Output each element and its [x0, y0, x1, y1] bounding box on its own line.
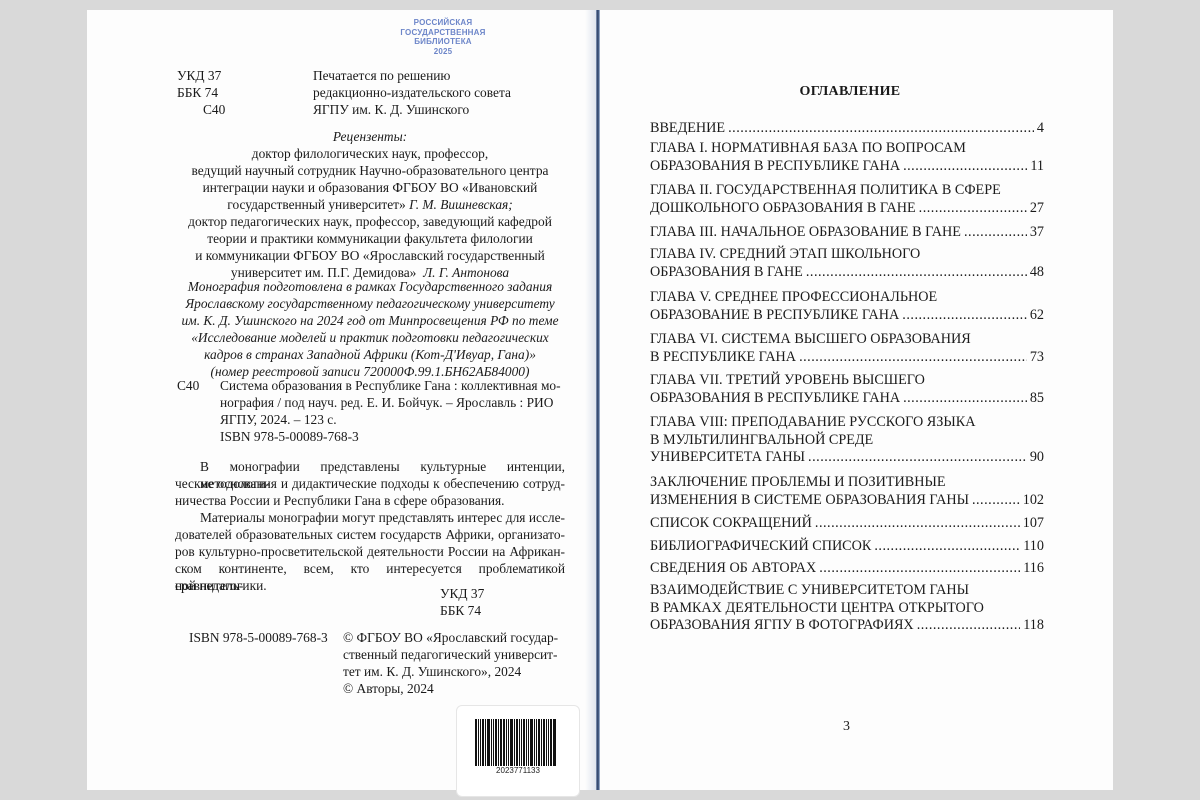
barcode-bar [523, 719, 525, 766]
barcode-bar [500, 719, 502, 766]
toc-entry[interactable]: ГЛАВА VII. ТРЕТИЙ УРОВЕНЬ ВЫСШЕГООБРАЗОВ… [650, 372, 1044, 407]
toc-page-number: 116 [1023, 560, 1044, 578]
toc-entry-title-line: ДОШКОЛЬНОГО ОБРАЗОВАНИЯ В ГАНЕ [650, 200, 916, 218]
toc-entry-row: ОБРАЗОВАНИЯ В ГАНЕ48 [650, 264, 1044, 282]
publishing-note-line: редакционно-издательского совета [313, 85, 511, 102]
toc-page-number: 102 [1023, 492, 1044, 510]
abstract-line: ров культурно-просветительской деятельно… [175, 544, 565, 561]
catalog-code: С40 [177, 378, 199, 395]
publishing-note-line: ЯГПУ им. К. Д. Ушинского [313, 102, 469, 119]
toc-entry-title-line: ВЗАИМОДЕЙСТВИЕ С УНИВЕРСИТЕТОМ ГАНЫ [650, 582, 1044, 600]
reviewer-line: государственный университет» Г. М. Вишне… [160, 197, 580, 214]
toc-entry-title-line: СПИСОК СОКРАЩЕНИЙ [650, 515, 812, 533]
toc-entry[interactable]: ЗАКЛЮЧЕНИЕ ПРОБЛЕМЫ И ПОЗИТИВНЫЕИЗМЕНЕНИ… [650, 474, 1044, 509]
bbk-code: ББК 74 [440, 603, 481, 620]
barcode-bar [543, 719, 545, 766]
toc-entry-title-line: В РЕСПУБЛИКЕ ГАНА [650, 349, 796, 367]
toc-leader-dots [728, 120, 1034, 138]
barcode-sticker: 2023771133 [456, 705, 580, 797]
toc-entry-title-line: ГЛАВА VIII: ПРЕПОДАВАНИЕ РУССКОГО ЯЗЫКА [650, 414, 1044, 432]
toc-entry-title-line: ОБРАЗОВАНИЯ В РЕСПУБЛИКЕ ГАНА [650, 158, 900, 176]
toc-entry-title-line: ВВЕДЕНИЕ [650, 120, 725, 138]
reviewer-line: и коммуникации ФГБОУ ВО «Ярославский гос… [160, 248, 580, 265]
reviewer-line: ведущий научный сотрудник Научно-образов… [160, 163, 580, 180]
barcode-bar [534, 719, 535, 766]
toc-entry-title-line: ГЛАВА VII. ТРЕТИЙ УРОВЕНЬ ВЫСШЕГО [650, 372, 1044, 390]
toc-page-number: 73 [1030, 349, 1044, 367]
abstract-line: дователей образовательных систем государ… [175, 527, 565, 544]
toc-leader-dots [799, 349, 1027, 367]
barcode-bar [480, 719, 481, 766]
toc-entry[interactable]: СПИСОК СОКРАЩЕНИЙ107 [650, 515, 1044, 533]
grant-note-line: кадров в странах Западной Африки (Кот-Д'… [160, 347, 580, 364]
toc-leader-dots [964, 224, 1027, 242]
reviewer-line: теории и практики коммуникации факультет… [160, 231, 580, 248]
barcode-bar [487, 719, 490, 766]
toc-entry[interactable]: ГЛАВА I. НОРМАТИВНАЯ БАЗА ПО ВОПРОСАМОБР… [650, 140, 1044, 175]
toc-entry-row: СПИСОК СОКРАЩЕНИЙ107 [650, 515, 1044, 533]
catalog-isbn: ISBN 978-5-00089-768-3 [220, 429, 359, 446]
barcode-bar [521, 719, 522, 766]
catalog-line: ЯГПУ, 2024. – 123 с. [220, 412, 337, 429]
copyright-line: ственный педагогический университ- [343, 647, 558, 664]
toc-leader-dots [815, 515, 1020, 533]
barcode-bar [538, 719, 540, 766]
toc-page-number: 107 [1023, 515, 1044, 533]
barcode-bar [528, 719, 529, 766]
barcode-bar [519, 719, 520, 766]
toc-entry-title-line: В МУЛЬТИЛИНГВАЛЬНОЙ СРЕДЕ [650, 432, 1044, 450]
barcode-bar [514, 719, 515, 766]
toc-leader-dots [972, 492, 1020, 510]
reviewer-affiliation: университет им. П.Г. Демидова» [231, 265, 416, 280]
stamp-line: РОССИЙСКАЯ [398, 18, 488, 28]
toc-entry[interactable]: БИБЛИОГРАФИЧЕСКИЙ СПИСОК110 [650, 538, 1044, 556]
toc-page-number: 62 [1030, 307, 1044, 325]
toc-entry-title-line: ОБРАЗОВАНИЯ В ГАНЕ [650, 264, 803, 282]
catalog-line: нография / под науч. ред. Е. И. Бойчук. … [220, 395, 553, 412]
toc-entry[interactable]: ГЛАВА V. СРЕДНЕЕ ПРОФЕССИОНАЛЬНОЕОБРАЗОВ… [650, 289, 1044, 324]
toc-entry[interactable]: ВЗАИМОДЕЙСТВИЕ С УНИВЕРСИТЕТОМ ГАНЫВ РАМ… [650, 582, 1044, 635]
toc-leader-dots [903, 158, 1027, 176]
toc-entry-title-line: ЗАКЛЮЧЕНИЕ ПРОБЛЕМЫ И ПОЗИТИВНЫЕ [650, 474, 1044, 492]
barcode-bar [508, 719, 509, 766]
grant-note-line: Ярославскому государственному педагогиче… [160, 296, 580, 313]
reviewer-name: Г. М. Вишневская; [409, 197, 513, 212]
author-mark: С40 [203, 102, 225, 119]
toc-entry-title-line: СВЕДЕНИЯ ОБ АВТОРАХ [650, 560, 816, 578]
barcode-bar [553, 719, 556, 766]
toc-entry[interactable]: ГЛАВА VIII: ПРЕПОДАВАНИЕ РУССКОГО ЯЗЫКАВ… [650, 414, 1044, 467]
toc-entry-title-line: ГЛАВА I. НОРМАТИВНАЯ БАЗА ПО ВОПРОСАМ [650, 140, 1044, 158]
toc-entry-title-line: ОБРАЗОВАНИЯ В РЕСПУБЛИКЕ ГАНА [650, 390, 900, 408]
toc-entry[interactable]: СВЕДЕНИЯ ОБ АВТОРАХ116 [650, 560, 1044, 578]
abstract-line: ческие основания и дидактические подходы… [175, 476, 565, 493]
barcode-bar [503, 719, 505, 766]
toc-entry-title-line: ГЛАВА VI. СИСТЕМА ВЫСШЕГО ОБРАЗОВАНИЯ [650, 331, 1044, 349]
abstract-line: ной педагогики. [175, 578, 267, 595]
book-spine [596, 10, 600, 790]
toc-entry-title-line: ГЛАВА V. СРЕДНЕЕ ПРОФЕССИОНАЛЬНОЕ [650, 289, 1044, 307]
barcode-bar [510, 719, 513, 766]
barcode-bar [536, 719, 537, 766]
catalog-line: Система образования в Республике Гана : … [220, 378, 561, 395]
barcode-bar [516, 719, 518, 766]
toc-page-number: 118 [1023, 617, 1044, 635]
toc-entry-row: ОБРАЗОВАНИЕ В РЕСПУБЛИКЕ ГАНА62 [650, 307, 1044, 325]
grant-note-line: Монография подготовлена в рамках Государ… [160, 279, 580, 296]
toc-entry-title-line: ГЛАВА III. НАЧАЛЬНОЕ ОБРАЗОВАНИЕ В ГАНЕ [650, 224, 961, 242]
toc-entry-row: ГЛАВА III. НАЧАЛЬНОЕ ОБРАЗОВАНИЕ В ГАНЕ3… [650, 224, 1044, 242]
barcode-bar [493, 719, 494, 766]
barcode-bar [498, 719, 499, 766]
toc-entry-row: СВЕДЕНИЯ ОБ АВТОРАХ116 [650, 560, 1044, 578]
toc-entry-title-line: В РАМКАХ ДЕЯТЕЛЬНОСТИ ЦЕНТРА ОТКРЫТОГО [650, 600, 1044, 618]
copyright-line: тет им. К. Д. Ушинского», 2024 [343, 664, 521, 681]
barcode-bar [546, 719, 547, 766]
barcode-bar [530, 719, 533, 766]
toc-entry[interactable]: ГЛАВА III. НАЧАЛЬНОЕ ОБРАЗОВАНИЕ В ГАНЕ3… [650, 224, 1044, 242]
barcode-bar [526, 719, 527, 766]
udc-code: УКД 37 [440, 586, 484, 603]
toc-page-number: 4 [1037, 120, 1044, 138]
barcode-bar [495, 719, 497, 766]
barcode-bar [485, 719, 486, 766]
toc-entry-row: ОБРАЗОВАНИЯ ЯГПУ В ФОТОГРАФИЯХ118 [650, 617, 1044, 635]
toc-entry-title-line: ИЗМЕНЕНИЯ В СИСТЕМЕ ОБРАЗОВАНИЯ ГАНЫ [650, 492, 969, 510]
publishing-note-line: Печатается по решению [313, 68, 450, 85]
stamp-line: 2025 [398, 47, 488, 57]
toc-entry-row: ВВЕДЕНИЕ4 [650, 120, 1044, 138]
toc-entry-row: ИЗМЕНЕНИЯ В СИСТЕМЕ ОБРАЗОВАНИЯ ГАНЫ102 [650, 492, 1044, 510]
toc-entry[interactable]: ГЛАВА II. ГОСУДАРСТВЕННАЯ ПОЛИТИКА В СФЕ… [650, 182, 1044, 217]
barcode-bar [541, 719, 542, 766]
toc-leader-dots [902, 307, 1027, 325]
toc-entry-title-line: БИБЛИОГРАФИЧЕСКИЙ СПИСОК [650, 538, 871, 556]
page-number: 3 [843, 719, 850, 735]
toc-page-number: 48 [1030, 264, 1044, 282]
barcode-bar [475, 719, 477, 766]
toc-leader-dots [808, 449, 1027, 467]
toc-leader-dots [919, 200, 1027, 218]
barcode-bar [491, 719, 492, 766]
toc-page-number: 110 [1023, 538, 1044, 556]
toc-entry[interactable]: ГЛАВА IV. СРЕДНИЙ ЭТАП ШКОЛЬНОГООБРАЗОВА… [650, 246, 1044, 281]
barcode-bar [506, 719, 507, 766]
reviewer-affiliation: государственный университет» [227, 197, 405, 212]
abstract-line: Материалы монографии могут представлять … [200, 510, 565, 527]
toc-entry[interactable]: ВВЕДЕНИЕ4 [650, 120, 1044, 138]
toc-page-number: 37 [1030, 224, 1044, 242]
toc-title: ОГЛАВЛЕНИЕ [640, 84, 1060, 100]
toc-entry[interactable]: ГЛАВА VI. СИСТЕМА ВЫСШЕГО ОБРАЗОВАНИЯВ Р… [650, 331, 1044, 366]
barcode-bar [478, 719, 479, 766]
toc-entry-title-line: УНИВЕРСИТЕТА ГАНЫ [650, 449, 805, 467]
toc-entry-title-line: ОБРАЗОВАНИЯ ЯГПУ В ФОТОГРАФИЯХ [650, 617, 914, 635]
toc-entry-title-line: ГЛАВА IV. СРЕДНИЙ ЭТАП ШКОЛЬНОГО [650, 246, 1044, 264]
grant-note-line: им. К. Д. Ушинского на 2024 год от Минпр… [160, 313, 580, 330]
toc-leader-dots [917, 617, 1021, 635]
library-stamp: РОССИЙСКАЯ ГОСУДАРСТВЕННАЯ БИБЛИОТЕКА 20… [398, 18, 488, 56]
toc-entry-row: ДОШКОЛЬНОГО ОБРАЗОВАНИЯ В ГАНЕ27 [650, 200, 1044, 218]
toc-entry-row: УНИВЕРСИТЕТА ГАНЫ90 [650, 449, 1044, 467]
copyright-line: © ФГБОУ ВО «Ярославский государ- [343, 630, 558, 647]
toc-leader-dots [806, 264, 1027, 282]
reviewer-line: интеграции науки и образования ФГБОУ ВО … [160, 180, 580, 197]
toc-entry-title-line: ОБРАЗОВАНИЕ В РЕСПУБЛИКЕ ГАНА [650, 307, 899, 325]
barcode-bar [482, 719, 484, 766]
stamp-line: БИБЛИОТЕКА [398, 37, 488, 47]
isbn: ISBN 978-5-00089-768-3 [189, 630, 328, 647]
toc-entry-title-line: ГЛАВА II. ГОСУДАРСТВЕННАЯ ПОЛИТИКА В СФЕ… [650, 182, 1044, 200]
reviewers-heading: Рецензенты: [160, 129, 580, 146]
toc-entry-row: В РЕСПУБЛИКЕ ГАНА73 [650, 349, 1044, 367]
barcode-bar [550, 719, 552, 766]
spine-shadow [585, 10, 596, 790]
udc-code: УКД 37 [177, 68, 221, 85]
barcode [475, 719, 565, 766]
toc-entry-row: ОБРАЗОВАНИЯ В РЕСПУБЛИКЕ ГАНА85 [650, 390, 1044, 408]
toc-leader-dots [903, 390, 1027, 408]
reviewer-line: доктор педагогических наук, профессор, з… [160, 214, 580, 231]
reviewer-name: Л. Г. Антонова [423, 265, 509, 280]
abstract-line: ничества России и Республики Гана в сфер… [175, 493, 505, 510]
toc-page-number: 27 [1030, 200, 1044, 218]
toc-leader-dots [874, 538, 1020, 556]
toc-page-number: 11 [1030, 158, 1044, 176]
copyright-line: © Авторы, 2024 [343, 681, 434, 698]
barcode-number: 2023771133 [457, 766, 579, 775]
toc-page-number: 90 [1030, 449, 1044, 467]
toc-page-number: 85 [1030, 390, 1044, 408]
barcode-bar [548, 719, 549, 766]
toc-leader-dots [819, 560, 1020, 578]
reviewer-line: доктор филологических наук, профессор, [160, 146, 580, 163]
bbk-code: ББК 74 [177, 85, 218, 102]
stamp-line: ГОСУДАРСТВЕННАЯ [398, 28, 488, 38]
grant-note-line: «Исследование моделей и практик подготов… [160, 330, 580, 347]
toc-entry-row: БИБЛИОГРАФИЧЕСКИЙ СПИСОК110 [650, 538, 1044, 556]
toc-entry-row: ОБРАЗОВАНИЯ В РЕСПУБЛИКЕ ГАНА11 [650, 158, 1044, 176]
